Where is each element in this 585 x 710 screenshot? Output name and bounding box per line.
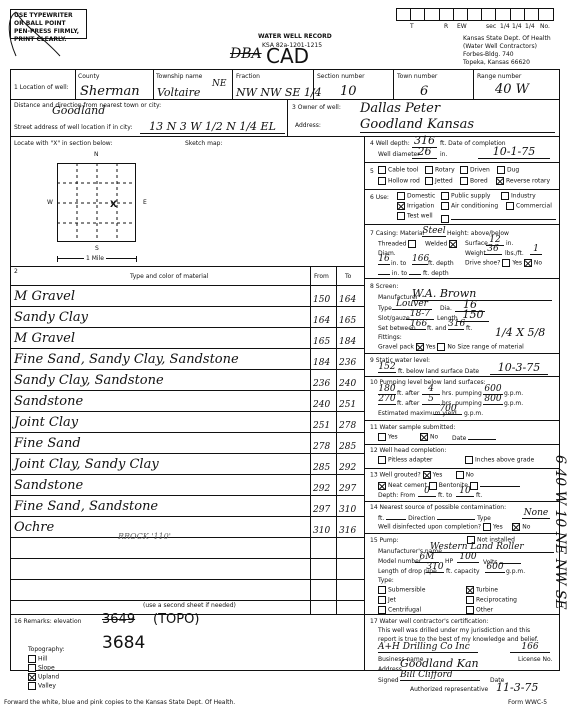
struck-code: DBA	[230, 46, 262, 62]
casing-threaded[interactable]: Threaded	[378, 240, 418, 248]
pump-other[interactable]: Other	[466, 606, 493, 614]
distance-value[interactable]: Goodland	[52, 104, 105, 117]
fraction-value[interactable]: NW NW SE 1/4	[236, 86, 322, 99]
scribble-mark-icon	[4, 8, 64, 63]
weight-extra[interactable]: 1	[530, 244, 542, 255]
screen-dia-label: Dia.	[440, 305, 452, 312]
fraction-label: Fraction	[236, 73, 260, 80]
log-row-6-from[interactable]: 240	[313, 400, 330, 410]
set-from[interactable]: 166	[410, 319, 426, 330]
method-driven[interactable]: Driven	[460, 166, 490, 174]
weight-unit: lbs./ft.	[505, 250, 524, 257]
grouted-row[interactable]: 13 Well grouted? Yes No	[370, 471, 474, 479]
capacity-unit: g.p.m.	[506, 568, 525, 575]
owner-label: 3 Owner of well:	[292, 104, 341, 111]
range-number-label: Range number	[477, 73, 521, 80]
log-row-12-from[interactable]: 310	[313, 526, 330, 536]
hp-label: HP	[445, 558, 453, 565]
pump-turbine[interactable]: Turbine	[466, 586, 498, 594]
pump-submersible[interactable]: Submersible	[378, 586, 425, 594]
log-row-11-material[interactable]: Fine Sand, Sandstone	[14, 499, 158, 514]
static-date[interactable]: 10-3-75	[490, 361, 548, 375]
topo-upland[interactable]: Upland	[28, 673, 59, 681]
certification-label: 17 Water well contractor's certification…	[370, 618, 489, 625]
casing-second-row[interactable]: in. to ft. depth	[378, 269, 449, 277]
log-row-10-from[interactable]: 292	[313, 484, 330, 494]
compass-w: W	[47, 199, 53, 206]
elevation-value[interactable]: 3684	[102, 633, 145, 653]
signed-label: Signed	[378, 677, 399, 684]
gpm-2: g.p.m.	[504, 400, 523, 407]
casing-diam[interactable]: 16	[378, 254, 390, 265]
owner-name[interactable]: Dallas Peter	[360, 101, 440, 116]
disinfected[interactable]: Well disinfected upon completion? Yes No	[378, 523, 530, 531]
log-row-8-from[interactable]: 278	[313, 442, 330, 452]
log-row-3-material[interactable]: M Gravel	[14, 331, 75, 346]
town-number-value[interactable]: 6	[420, 84, 428, 99]
pump-manufacturer[interactable]: Western Land Roller	[430, 542, 554, 553]
static-unit: ft. below land surface Date	[398, 368, 479, 375]
capacity-value[interactable]: 600	[485, 562, 505, 573]
completion-date[interactable]: 10-1-75	[478, 145, 550, 159]
business-name[interactable]: A+H Drilling Co Inc	[378, 642, 478, 653]
sketch-label: Sketch map:	[185, 140, 222, 147]
code-label-q1: 1/4	[500, 23, 510, 30]
well-marker: X	[110, 200, 117, 210]
log-row-11-to[interactable]: 310	[339, 505, 356, 515]
topo-valley[interactable]: Valley	[28, 682, 56, 690]
method-dug[interactable]: Dug	[497, 166, 519, 174]
log-header-from: From	[314, 273, 329, 280]
drive-shoe[interactable]: Drive shoe? Yes No	[465, 259, 542, 267]
log-row-10-to[interactable]: 297	[339, 484, 356, 494]
form-title: WATER WELL RECORD	[258, 33, 332, 40]
pump-label: 15 Pump:	[370, 537, 399, 544]
township-value[interactable]: Voltaire	[157, 86, 200, 99]
method-reverse-rotary[interactable]: Reverse rotary	[496, 177, 550, 185]
owner-address-label: Address:	[295, 122, 321, 129]
cert-date[interactable]: 11-3-75	[496, 681, 538, 694]
grout-unit: ft.	[476, 492, 482, 499]
log-row-7-to[interactable]: 278	[339, 421, 356, 431]
log-header-material: Type and color of material	[130, 273, 208, 280]
elevation-note: (TOPO)	[153, 612, 199, 627]
grout-to[interactable]: 10	[456, 486, 474, 497]
log-row-6-material[interactable]: Sandstone	[14, 394, 83, 409]
handwritten-code: CAD	[266, 44, 309, 68]
elevation-struck: 3649	[102, 612, 135, 627]
log-row-9-to[interactable]: 292	[339, 463, 356, 473]
log-row-8-to[interactable]: 285	[339, 442, 356, 452]
use-public-supply[interactable]: Public supply	[441, 192, 490, 200]
contamination-label: 14 Nearest source of possible contaminat…	[370, 504, 506, 511]
log-row-8-material[interactable]: Fine Sand	[14, 436, 81, 451]
remarks-label: 16 Remarks: elevation	[14, 618, 81, 625]
method-jetted[interactable]: Jetted	[425, 177, 453, 185]
log-row-5-to[interactable]: 240	[339, 379, 356, 389]
topography-label: Topography:	[28, 646, 65, 653]
owner-address[interactable]: Goodland Kansas	[360, 117, 555, 133]
use-industry[interactable]: Industry	[501, 192, 536, 200]
use-irrigation[interactable]: Irrigation	[397, 202, 434, 210]
capacity-label: ft. capacity	[446, 568, 480, 575]
in-to: in. to	[391, 260, 406, 267]
gravel-pack[interactable]: Gravel pack Yes No Size range of materia…	[378, 343, 524, 351]
log-row-9-from[interactable]: 285	[313, 463, 330, 473]
casing-welded[interactable]: Welded	[425, 240, 459, 248]
township-note: NE	[212, 79, 226, 89]
casing-label: 7 Casing:	[370, 230, 398, 237]
pump-jet[interactable]: Jet	[378, 596, 396, 604]
log-row-9-material[interactable]: Joint Clay, Sandy Clay	[14, 457, 159, 472]
signer[interactable]: Bill Clifford	[400, 670, 480, 681]
screen-label: 8 Screen:	[370, 283, 398, 290]
set-unit: ft.	[466, 325, 472, 332]
grout-depth-label: Depth: From	[378, 492, 415, 499]
compass-n: N	[94, 151, 99, 158]
license-number[interactable]: 166	[510, 642, 550, 653]
log-row-7-material[interactable]: Joint Clay	[14, 415, 78, 430]
surface-unit: in.	[506, 240, 513, 247]
section-number-label: Section number	[317, 73, 365, 80]
sample-date[interactable]: Date	[452, 434, 496, 442]
grout-from[interactable]: 0	[418, 486, 436, 497]
log-row-5-material[interactable]: Sandy Clay, Sandstone	[14, 373, 164, 388]
log-row-11-from[interactable]: 297	[313, 505, 330, 515]
cert-address-label: Address	[378, 666, 402, 673]
county-value[interactable]: Sherman	[80, 84, 140, 99]
authorized-label: Authorized representative	[410, 686, 488, 693]
log-row-4-to[interactable]: 236	[339, 358, 356, 368]
set-and: ft. and	[427, 325, 446, 332]
set-to[interactable]: 316	[448, 319, 464, 330]
slot-label: Slot/gauze	[378, 315, 410, 322]
street-value[interactable]: 13 N 3 W 1/2 N 1/4 EL	[140, 120, 285, 134]
log-num: 2	[14, 268, 18, 275]
topo-slope[interactable]: Slope	[28, 664, 55, 672]
code-label-ew: EW	[457, 23, 467, 30]
contamination-distance[interactable]: ft. Direction Type	[378, 514, 491, 522]
compass-s: S	[95, 245, 99, 252]
code-label-t: T	[410, 23, 414, 30]
code-label-no: No.	[540, 23, 550, 30]
log-stamp: RROCK '110'	[118, 532, 171, 541]
scale-bar: 1 Mile	[57, 256, 137, 262]
sample-no[interactable]: No	[420, 433, 438, 441]
log-row-3-to[interactable]: 184	[339, 337, 356, 347]
pump-reciprocating[interactable]: Reciprocating	[466, 596, 517, 604]
screen-type-label: Type	[378, 305, 392, 312]
method-hollow-rod[interactable]: Hollow rod	[378, 177, 420, 185]
log-row-2-material[interactable]: Sandy Clay	[14, 310, 88, 325]
agency-address: Kansas State Dept. Of Health (Water Well…	[463, 35, 551, 67]
size-range-value[interactable]: 1/4 X 5/8	[495, 326, 545, 339]
method-rotary[interactable]: Rotary	[425, 166, 455, 174]
location-label: 1 Location of well:	[14, 84, 69, 91]
certification-text-1: This well was drilled under my jurisdict…	[378, 627, 530, 634]
inches-above-grade[interactable]: Inches above grade	[465, 456, 534, 464]
use-domestic[interactable]: Domestic	[397, 192, 435, 200]
pump-centrifugal[interactable]: Centrifugal	[378, 606, 421, 614]
code-grid	[396, 8, 554, 21]
log-row-12-material[interactable]: Ochre	[14, 520, 54, 535]
hrs-pumping-1: hrs. pumping	[442, 390, 482, 397]
use-air-conditioning[interactable]: Air conditioning	[441, 202, 498, 210]
casing-material[interactable]: Steel	[422, 226, 446, 237]
max-yield[interactable]: 700	[434, 404, 462, 415]
section-number-value[interactable]: 10	[340, 84, 357, 99]
log-row-3-from[interactable]: 165	[313, 337, 330, 347]
pump-type-label: Type:	[378, 577, 394, 584]
well-depth-label: 4 Well depth:	[370, 140, 410, 147]
method-cable-tool[interactable]: Cable tool	[378, 166, 418, 174]
pump-level-2[interactable]: 270	[378, 394, 396, 405]
log-row-4-from[interactable]: 184	[313, 358, 330, 368]
log-row-1-material[interactable]: M Gravel	[14, 289, 75, 304]
town-number-label: Town number	[397, 73, 437, 80]
township-label: Township name	[156, 73, 202, 80]
drop-pipe-value[interactable]: 310	[426, 562, 444, 573]
forward-instructions: Forward the white, blue and pink copies …	[4, 699, 235, 706]
margin-note: 6 40 W 10 NE NW SE	[552, 455, 568, 610]
code-label-r: R	[444, 23, 448, 30]
method-num: 5	[370, 168, 374, 175]
ft-after-1: ft. after	[397, 390, 419, 397]
casing-depth[interactable]: 166	[412, 254, 428, 265]
hp-value[interactable]: 100	[457, 552, 479, 563]
log-row-7-from[interactable]: 251	[313, 421, 330, 431]
static-level[interactable]: 152	[378, 362, 396, 373]
grout-materials[interactable]: Neat cement Bentonite	[378, 481, 520, 490]
weight-label: Weight	[465, 250, 486, 257]
locate-label: Locate with "X" in section below:	[14, 140, 112, 147]
code-label-q2: 1/4	[512, 23, 522, 30]
log-row-10-material[interactable]: Sandstone	[14, 478, 83, 493]
fittings-label: Fittings:	[378, 334, 402, 341]
log-header-to: To	[345, 273, 351, 280]
method-bored[interactable]: Bored	[460, 177, 488, 185]
log-row-2-from[interactable]: 164	[313, 316, 330, 326]
use-test-well[interactable]: Test well	[397, 212, 433, 220]
log-row-4-material[interactable]: Fine Sand, Sandy Clay, Sandstone	[14, 352, 239, 367]
county-label: County	[78, 73, 99, 80]
code-label-q3: 1/4	[525, 23, 535, 30]
pitless-adapter[interactable]: Pitless adapter	[378, 456, 433, 464]
street-label: Street address of well location if in ci…	[14, 124, 132, 131]
contamination-type[interactable]: None	[522, 508, 550, 519]
casing-material-label: Material	[400, 230, 424, 237]
ft-after-2: ft. after	[397, 400, 419, 407]
log-footer: (use a second sheet if needed)	[143, 602, 236, 609]
use-label: 6 Use:	[370, 194, 389, 201]
wellhead-label: 12 Well head completion:	[370, 447, 446, 454]
log-row-1-from[interactable]: 150	[313, 295, 330, 305]
compass-e: E	[143, 199, 147, 206]
log-row-1-to[interactable]: 164	[339, 295, 356, 305]
log-row-5-from[interactable]: 236	[313, 379, 330, 389]
ft-depth: ft. depth	[428, 260, 454, 267]
diameter-value[interactable]: 26	[412, 145, 437, 159]
sample-yes[interactable]: Yes	[378, 433, 398, 441]
topo-hill[interactable]: Hill	[28, 655, 48, 663]
pump-gpm-2[interactable]: 800	[483, 394, 503, 405]
grout-to-label: ft. to	[438, 492, 452, 499]
max-yield-unit: g.p.m.	[464, 410, 483, 417]
log-row-6-to[interactable]: 251	[339, 400, 356, 410]
cert-address[interactable]: Goodland Kan	[400, 657, 550, 671]
log-row-2-to[interactable]: 165	[339, 316, 356, 326]
range-number-value[interactable]: 40 W	[495, 82, 529, 97]
code-label-sec: sec	[486, 23, 496, 30]
section-grid[interactable]	[57, 163, 137, 243]
use-commercial[interactable]: Commercial	[506, 202, 552, 210]
use-other[interactable]	[441, 212, 556, 223]
gpm-1: g.p.m.	[504, 390, 523, 397]
log-row-12-to[interactable]: 316	[339, 526, 356, 536]
form-id: Form WWC-5	[508, 699, 547, 706]
sample-label: 11 Water sample submitted:	[370, 424, 455, 431]
diameter-unit: in.	[440, 151, 447, 158]
weight-value[interactable]: 36	[484, 244, 502, 255]
